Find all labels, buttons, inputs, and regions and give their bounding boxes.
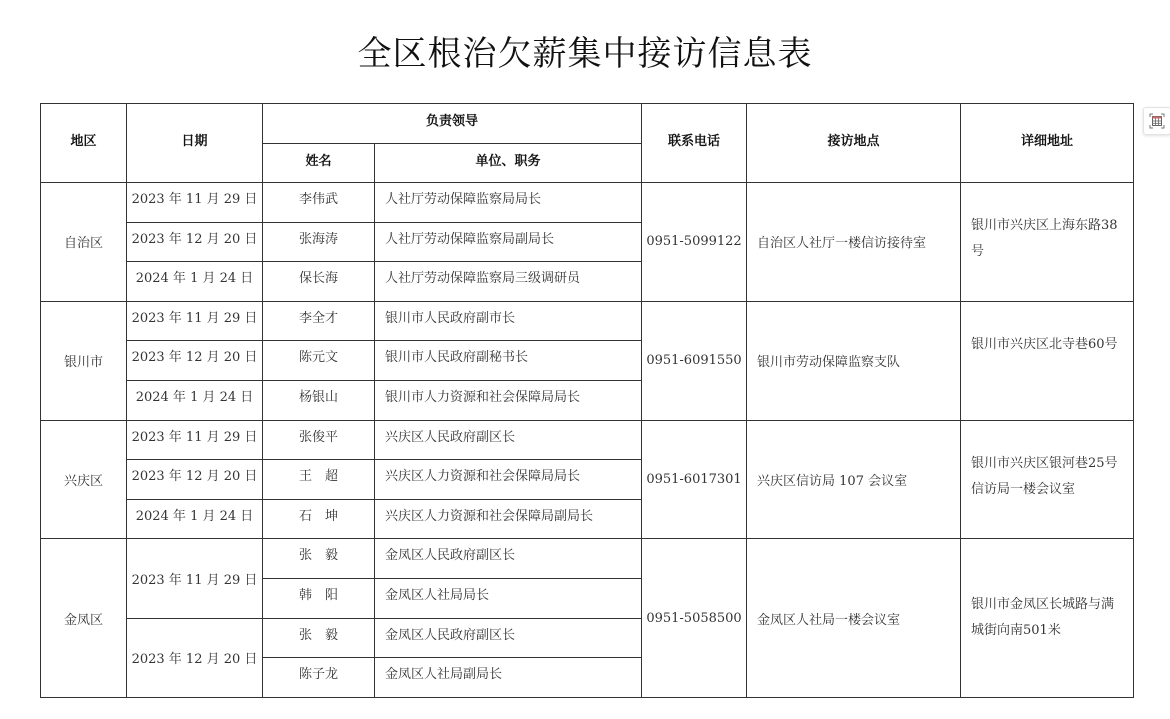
header-address: 详细地址 [961, 104, 1134, 183]
header-date: 日期 [127, 104, 263, 183]
date-cell: 2023 年 12 月 20 日 [127, 341, 263, 381]
location-cell: 兴庆区信访局 107 会议室 [747, 420, 961, 539]
leader-title-cell: 金凤区人民政府副区长 [375, 539, 642, 579]
table-grid-icon [1149, 113, 1165, 129]
leader-name-cell: 张俊平 [263, 420, 375, 460]
leader-title-cell: 金凤区人民政府副区长 [375, 618, 642, 658]
location-cell: 银川市劳动保障监察支队 [747, 301, 961, 420]
leader-title-cell: 银川市人民政府副秘书长 [375, 341, 642, 381]
leader-title-cell: 人社厅劳动保障监察局局长 [375, 183, 642, 223]
date-cell: 2023 年 12 月 20 日 [127, 618, 263, 697]
date-cell: 2023 年 11 月 29 日 [127, 301, 263, 341]
leader-name-cell: 陈元文 [263, 341, 375, 381]
table-row: 自治区 2023 年 11 月 29 日 李伟武 人社厅劳动保障监察局局长 09… [41, 183, 1134, 223]
header-location: 接访地点 [747, 104, 961, 183]
leader-name-cell: 李全才 [263, 301, 375, 341]
leader-title-cell: 兴庆区人力资源和社会保障局局长 [375, 460, 642, 500]
leader-title-cell: 金凤区人社局副局长 [375, 658, 642, 698]
header-phone: 联系电话 [642, 104, 747, 183]
date-cell: 2023 年 12 月 20 日 [127, 222, 263, 262]
region-cell: 兴庆区 [41, 420, 127, 539]
region-cell: 金凤区 [41, 539, 127, 697]
header-unit-title: 单位、职务 [375, 144, 642, 183]
phone-cell: 0951-6017301 [642, 420, 747, 539]
leader-name-cell: 杨银山 [263, 380, 375, 420]
location-cell: 金凤区人社局一楼会议室 [747, 539, 961, 697]
address-cell: 银川市兴庆区北寺巷60号 [961, 301, 1134, 420]
date-cell: 2024 年 1 月 24 日 [127, 380, 263, 420]
leader-name-cell: 李伟武 [263, 183, 375, 223]
address-cell: 银川市金凤区长城路与满城街向南501米 [961, 539, 1134, 697]
leader-name-cell: 张 毅 [263, 539, 375, 579]
phone-cell: 0951-6091550 [642, 301, 747, 420]
region-cell: 自治区 [41, 183, 127, 302]
header-row-1: 地区 日期 负责领导 联系电话 接访地点 详细地址 [41, 104, 1134, 144]
leader-name-cell: 石 坤 [263, 499, 375, 539]
leader-name-cell: 王 超 [263, 460, 375, 500]
address-cell: 银川市兴庆区银河巷25号信访局一楼会议室 [961, 420, 1134, 539]
leader-name-cell: 张 毅 [263, 618, 375, 658]
header-leader-group: 负责领导 [263, 104, 642, 144]
leader-title-cell: 人社厅劳动保障监察局副局长 [375, 222, 642, 262]
table-row: 银川市 2023 年 11 月 29 日 李全才 银川市人民政府副市长 0951… [41, 301, 1134, 341]
leader-title-cell: 金凤区人社局局长 [375, 578, 642, 618]
date-cell: 2023 年 11 月 29 日 [127, 420, 263, 460]
header-name: 姓名 [263, 144, 375, 183]
leader-title-cell: 人社厅劳动保障监察局三级调研员 [375, 262, 642, 302]
location-cell: 自治区人社厅一楼信访接待室 [747, 183, 961, 302]
date-cell: 2023 年 11 月 29 日 [127, 183, 263, 223]
date-cell: 2023 年 11 月 29 日 [127, 539, 263, 618]
page-title: 全区根治欠薪集中接访信息表 [0, 26, 1170, 75]
address-cell: 银川市兴庆区上海东路38号 [961, 183, 1134, 302]
date-cell: 2024 年 1 月 24 日 [127, 262, 263, 302]
leader-name-cell: 张海涛 [263, 222, 375, 262]
table-icon[interactable] [1143, 107, 1170, 135]
leader-name-cell: 韩 阳 [263, 578, 375, 618]
leader-title-cell: 兴庆区人力资源和社会保障局副局长 [375, 499, 642, 539]
table-row: 兴庆区 2023 年 11 月 29 日 张俊平 兴庆区人民政府副区长 0951… [41, 420, 1134, 460]
phone-cell: 0951-5099122 [642, 183, 747, 302]
header-region: 地区 [41, 104, 127, 183]
leader-name-cell: 保长海 [263, 262, 375, 302]
phone-cell: 0951-5058500 [642, 539, 747, 697]
leader-title-cell: 兴庆区人民政府副区长 [375, 420, 642, 460]
date-cell: 2023 年 12 月 20 日 [127, 460, 263, 500]
petition-info-table: 地区 日期 负责领导 联系电话 接访地点 详细地址 姓名 单位、职务 自治区 2… [40, 103, 1134, 698]
leader-title-cell: 银川市人力资源和社会保障局局长 [375, 380, 642, 420]
date-cell: 2024 年 1 月 24 日 [127, 499, 263, 539]
region-cell: 银川市 [41, 301, 127, 420]
table-row: 金凤区 2023 年 11 月 29 日 张 毅 金凤区人民政府副区长 0951… [41, 539, 1134, 579]
leader-name-cell: 陈子龙 [263, 658, 375, 698]
leader-title-cell: 银川市人民政府副市长 [375, 301, 642, 341]
